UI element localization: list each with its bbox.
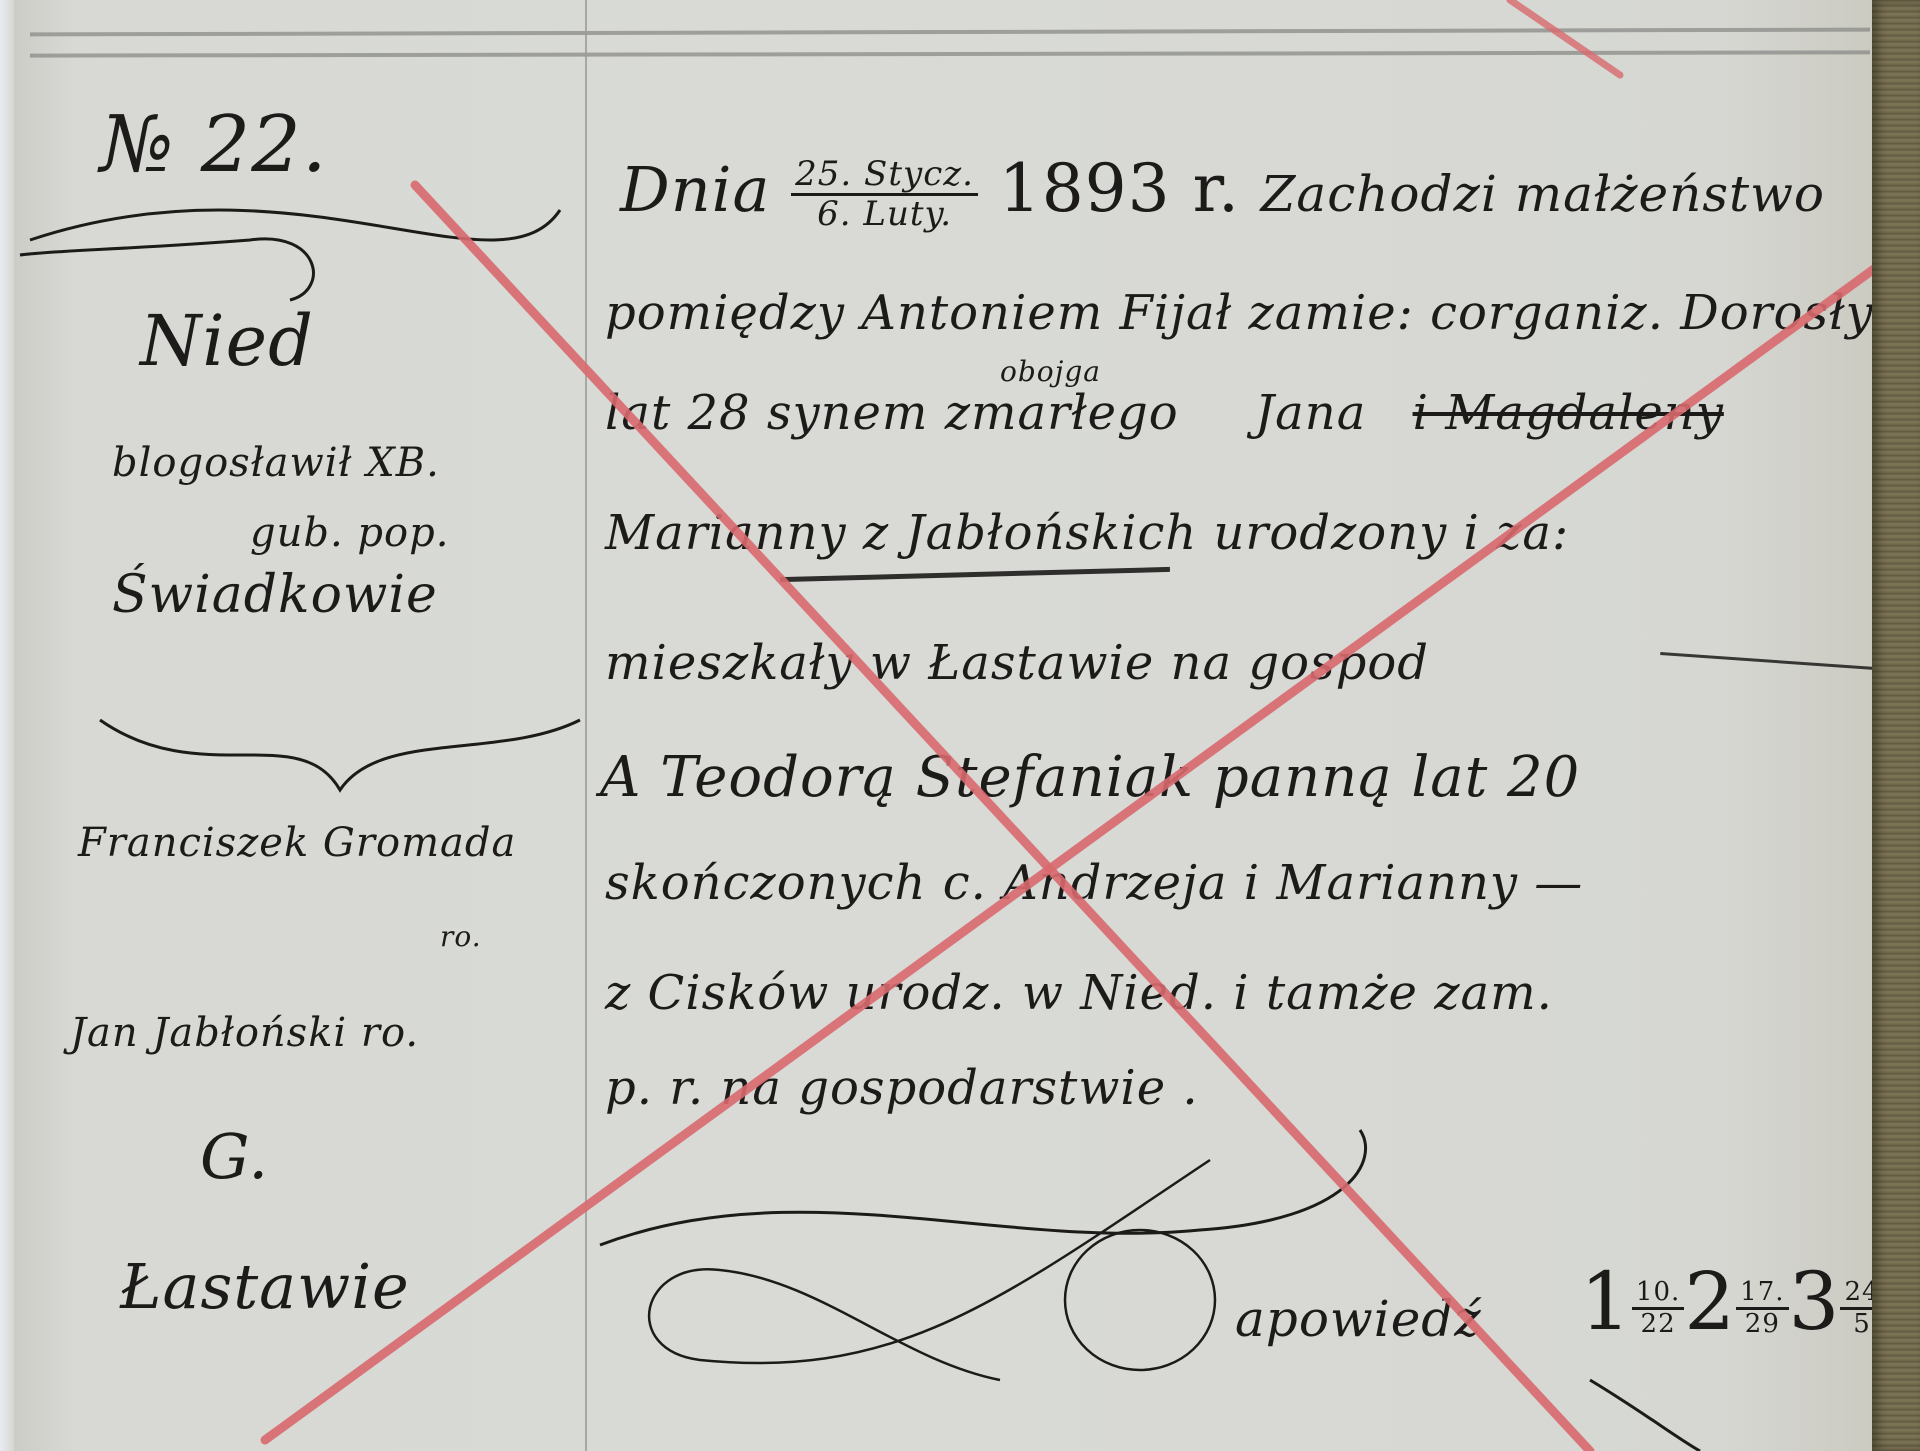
month-gregorian: Luty. [863, 194, 952, 234]
header-rule-bottom [30, 50, 1870, 57]
line-6: A Teodorą Stefaniak panną lat 20 [600, 745, 1580, 810]
day-julian: 25. [795, 154, 852, 194]
parish-status: Nied [140, 300, 314, 382]
line-1: Dnia 25. Stycz. 6. Luty. 1893 r. Zachodz… [620, 150, 1825, 234]
signature-name: apowiedź [1235, 1290, 1482, 1348]
banns-2-number: 2 [1684, 1255, 1736, 1348]
register-page: № 22. Nied blogosławił XB. gub. pop. Świ… [0, 0, 1872, 1451]
banns-1-number: 1 [1580, 1255, 1632, 1348]
line-8: z Cisków urodz. w Nied. i tamże zam. [605, 965, 1553, 1021]
inserted-word: obojga [1000, 355, 1101, 388]
column-divider [585, 0, 587, 1451]
banns-2-date: 17.29 [1736, 1278, 1788, 1338]
line-3: lat 28 synem zmarłego Jana i Magdaleny [605, 385, 1724, 441]
banns-2-top: 17. [1736, 1278, 1788, 1310]
line-7: skończonych c. Andrzeja i Marianny — [605, 855, 1583, 911]
struck-text: i Magdaleny [1413, 385, 1724, 441]
day-gregorian: 6. [817, 194, 851, 234]
line-3-text: lat 28 synem zmarłego [605, 385, 1179, 441]
page-edge [0, 0, 14, 1451]
witnesses-heading: Świadkowie [112, 565, 438, 625]
year: 1893 r. [999, 150, 1240, 227]
banns-1-top: 10. [1632, 1278, 1684, 1310]
witness-1: Franciszek Gromada [78, 820, 516, 866]
officiant-line-1: blogosławił XB. [112, 440, 440, 486]
line-2: pomiędzy Antoniem Fijał zamie: corganiz.… [605, 285, 1874, 341]
banns-2-bottom: 29 [1745, 1310, 1780, 1339]
location-initial: G. [200, 1120, 269, 1193]
entry-number: № 22. [100, 100, 328, 190]
banns-1-bottom: 22 [1641, 1310, 1676, 1339]
officiant-line-2: gub. pop. [250, 510, 449, 556]
line-4: Marianny z Jabłońskich urodzony i za: [605, 505, 1569, 561]
date-fraction: 25. Stycz. 6. Luty. [791, 156, 978, 234]
line-1-prefix: Dnia [620, 153, 770, 226]
witness-2: Jan Jabłoński ro. [70, 1010, 419, 1056]
month-julian: Stycz. [864, 154, 974, 194]
line-3-jana: Jana [1255, 385, 1366, 441]
line-5-tail [1660, 652, 1890, 671]
banns-1-date: 10.22 [1632, 1278, 1684, 1338]
line-9: p. r. na gospodarstwie . [605, 1060, 1199, 1116]
underline-name [780, 567, 1170, 582]
book-binding [1872, 0, 1920, 1451]
witness-1-suffix: ro. [440, 920, 482, 953]
header-rule-top [30, 28, 1870, 37]
banns-announcements: 110.22217.293245 [1580, 1255, 1884, 1348]
line-5: mieszkały w Łastawie na gospod [605, 635, 1429, 691]
banns-3-bottom: 5 [1853, 1310, 1871, 1339]
banns-3-number: 3 [1789, 1255, 1841, 1348]
location-name: Łastawie [120, 1250, 410, 1323]
line-1-rest: Zachodzi małżeństwo [1261, 165, 1825, 223]
